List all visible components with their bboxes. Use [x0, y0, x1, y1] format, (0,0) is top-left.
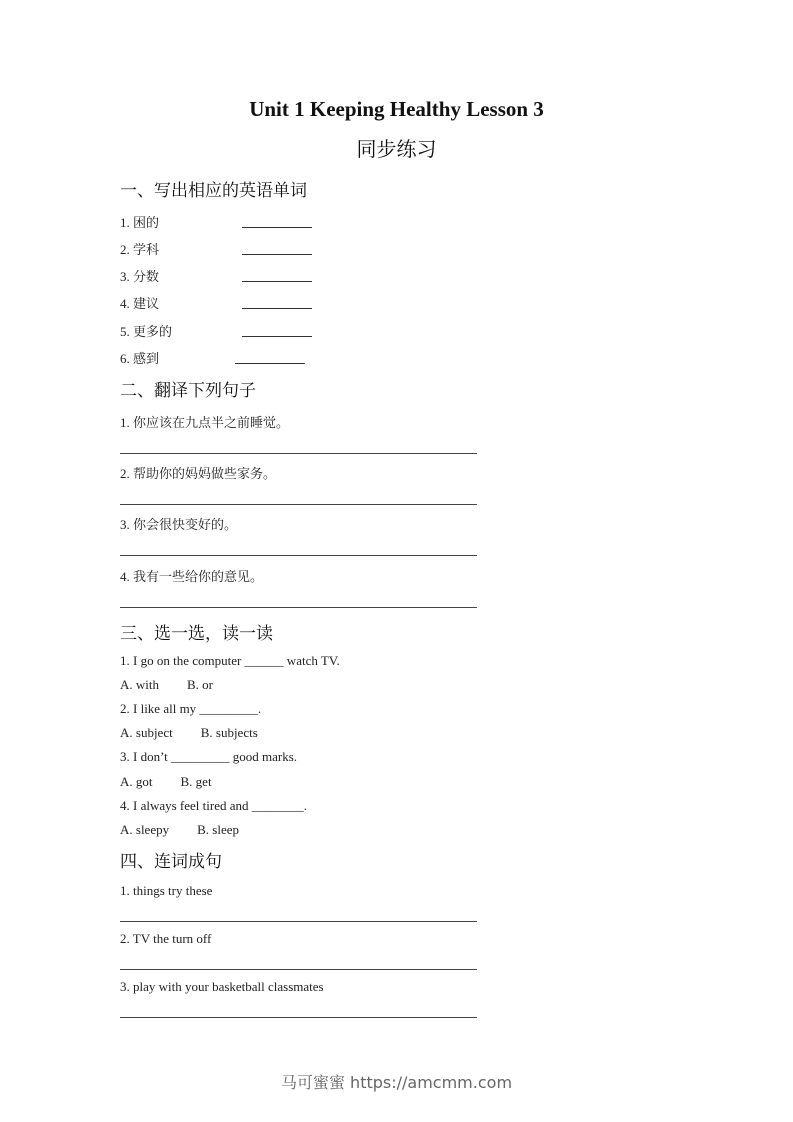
item-number: 1.: [120, 215, 130, 230]
section-2-heading: 二、翻译下列句子: [120, 376, 256, 401]
option-a[interactable]: A. sleepy: [120, 822, 169, 837]
section-3-heading: 三、选一选，读一读: [120, 619, 273, 644]
answer-blank[interactable]: [242, 308, 312, 309]
item-number: 1.: [120, 415, 130, 430]
vocab-item: 6. 感到: [120, 348, 159, 367]
choice-question: 3. I don’t _________ good marks.: [120, 749, 297, 765]
item-chinese: 我有一些给你的意见。: [133, 569, 263, 584]
choice-question: 1. I go on the computer ______ watch TV.: [120, 653, 340, 669]
item-number: 4.: [120, 569, 130, 584]
vocab-item: 2. 学科: [120, 239, 159, 258]
answer-blank[interactable]: [242, 336, 312, 337]
section-4-heading: 四、连词成句: [120, 847, 222, 872]
item-chinese: 感到: [133, 351, 159, 366]
answer-line[interactable]: [120, 1017, 477, 1018]
answer-blank[interactable]: [242, 227, 312, 228]
option-a[interactable]: A. got: [120, 774, 153, 789]
option-b[interactable]: B. subjects: [201, 725, 258, 740]
item-number: 3.: [120, 269, 130, 284]
answer-blank[interactable]: [242, 281, 312, 282]
option-b[interactable]: B. or: [187, 677, 213, 692]
option-b[interactable]: B. get: [181, 774, 212, 789]
choice-options: A. subjectB. subjects: [120, 725, 258, 741]
section-1-heading: 一、写出相应的英语单词: [120, 176, 307, 201]
choice-options: A. sleepyB. sleep: [120, 822, 239, 838]
item-number: 5.: [120, 324, 130, 339]
choice-question: 2. I like all my _________.: [120, 701, 261, 717]
answer-line[interactable]: [120, 453, 477, 454]
word-order-item: 2. TV the turn off: [120, 931, 211, 947]
item-chinese: 你应该在九点半之前睡觉。: [133, 415, 289, 430]
vocab-item: 5. 更多的: [120, 321, 172, 340]
choice-options: A. withB. or: [120, 677, 213, 693]
item-chinese: 更多的: [133, 324, 172, 339]
item-chinese: 建议: [133, 296, 159, 311]
vocab-item: 3. 分数: [120, 266, 159, 285]
item-number: 6.: [120, 351, 130, 366]
answer-line[interactable]: [120, 504, 477, 505]
answer-blank[interactable]: [242, 254, 312, 255]
translation-item: 3. 你会很快变好的。: [120, 514, 237, 533]
item-number: 2.: [120, 466, 130, 481]
option-a[interactable]: A. with: [120, 677, 159, 692]
item-chinese: 学科: [133, 242, 159, 257]
choice-question: 4. I always feel tired and ________.: [120, 798, 307, 814]
option-b[interactable]: B. sleep: [197, 822, 239, 837]
item-chinese: 你会很快变好的。: [133, 517, 237, 532]
vocab-item: 4. 建议: [120, 293, 159, 312]
item-chinese: 困的: [133, 215, 159, 230]
worksheet-subtitle: 同步练习: [0, 133, 793, 162]
answer-line[interactable]: [120, 607, 477, 608]
translation-item: 2. 帮助你的妈妈做些家务。: [120, 463, 276, 482]
item-number: 4.: [120, 296, 130, 311]
translation-item: 1. 你应该在九点半之前睡觉。: [120, 412, 289, 431]
word-order-item: 3. play with your basketball classmates: [120, 979, 324, 995]
choice-options: A. gotB. get: [120, 774, 212, 790]
vocab-item: 1. 困的: [120, 212, 159, 231]
answer-line[interactable]: [120, 555, 477, 556]
option-a[interactable]: A. subject: [120, 725, 173, 740]
item-chinese: 帮助你的妈妈做些家务。: [133, 466, 276, 481]
worksheet-title: Unit 1 Keeping Healthy Lesson 3: [0, 97, 793, 122]
item-number: 3.: [120, 517, 130, 532]
word-order-item: 1. things try these: [120, 883, 212, 899]
answer-line[interactable]: [120, 969, 477, 970]
footer-watermark: 马可蜜蜜 https://amcmm.com: [0, 1070, 793, 1093]
item-number: 2.: [120, 242, 130, 257]
answer-line[interactable]: [120, 921, 477, 922]
item-chinese: 分数: [133, 269, 159, 284]
translation-item: 4. 我有一些给你的意见。: [120, 566, 263, 585]
answer-blank[interactable]: [235, 363, 305, 364]
